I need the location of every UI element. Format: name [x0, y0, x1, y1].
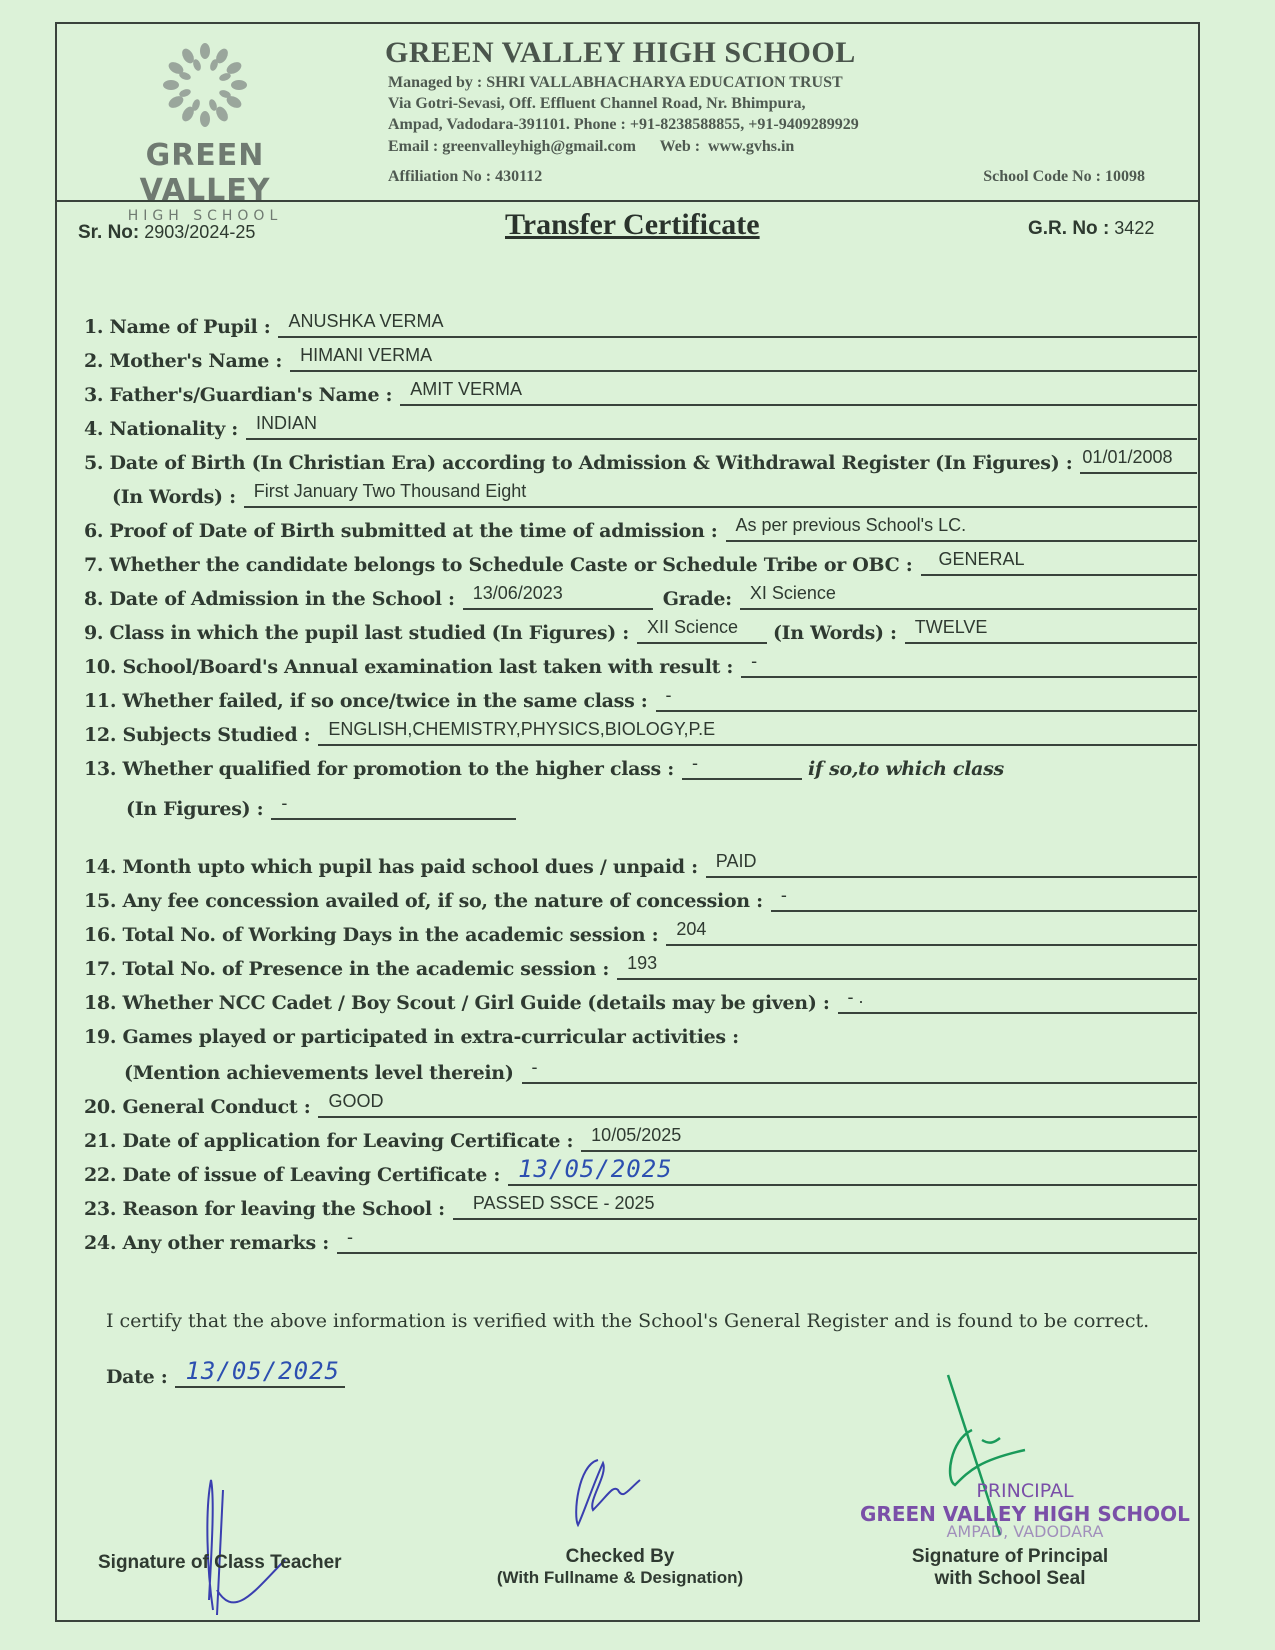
field-promotion-figures: (In Figures) :-: [126, 790, 516, 820]
field-failed: 11. Whether failed, if so once/twice in …: [84, 682, 1197, 712]
class-teacher-signature: [195, 1470, 295, 1620]
field-fee-concession: 15. Any fee concession availed of, if so…: [84, 882, 1197, 912]
field-father-name: 3. Father's/Guardian's Name :AMIT VERMA: [84, 376, 1197, 406]
field-nationality: 4. Nationality :INDIAN: [84, 410, 1197, 440]
field-last-class: 9. Class in which the pupil last studied…: [84, 614, 1197, 644]
field-presence: 17. Total No. of Presence in the academi…: [84, 950, 1197, 980]
field-conduct: 20. General Conduct :GOOD: [84, 1088, 1197, 1118]
field-achievements: (Mention achievements level therein)-: [124, 1054, 1197, 1084]
checker-signature: [568, 1455, 658, 1535]
certification-statement: I certify that the above information is …: [106, 1310, 1149, 1332]
logo-text: GREEN VALLEY: [75, 138, 335, 208]
letterhead: GREEN VALLEY HIGH SCHOOL GREEN VALLEY HI…: [55, 22, 1200, 202]
field-admission-date: 8. Date of Admission in the School : 13/…: [84, 580, 1197, 610]
field-category: 7. Whether the candidate belongs to Sche…: [84, 546, 1197, 576]
field-application-date: 21. Date of application for Leaving Cert…: [84, 1122, 1197, 1152]
field-mother-name: 2. Mother's Name :HIMANI VERMA: [84, 342, 1197, 372]
field-leaving-reason: 23. Reason for leaving the School :PASSE…: [84, 1190, 1197, 1220]
school-name: GREEN VALLEY HIGH SCHOOL: [385, 36, 856, 70]
checked-by-label: Checked By (With Fullname & Designation): [470, 1546, 770, 1588]
field-pupil-name: 1. Name of Pupil :ANUSHKA VERMA: [84, 308, 1197, 338]
flower-emblem-icon: [150, 40, 260, 130]
affiliation-number: Affiliation No : 430112: [388, 168, 542, 186]
address-line-1: Via Gotri-Sevasi, Off. Effluent Channel …: [388, 95, 806, 113]
class-teacher-signature-label: Signature of Class Teacher: [98, 1552, 342, 1574]
gr-number: G.R. No : 3422: [1028, 218, 1154, 240]
school-logo: GREEN VALLEY HIGH SCHOOL: [75, 40, 335, 224]
field-last-exam: 10. School/Board's Annual examination la…: [84, 648, 1197, 678]
field-remarks: 24. Any other remarks :-: [84, 1224, 1197, 1254]
field-dues: 14. Month upto which pupil has paid scho…: [84, 848, 1197, 878]
school-seal-stamp: PRINCIPAL GREEN VALLEY HIGH SCHOOL AMPAD…: [860, 1480, 1190, 1541]
address-line-2: Ampad, Vadodara-391101. Phone : +91-8238…: [388, 116, 859, 134]
serial-number: Sr. No: 2903/2024-25: [78, 222, 255, 244]
certificate-date: Date : 13/05/2025: [106, 1360, 345, 1388]
field-promotion: 13. Whether qualified for promotion to t…: [84, 750, 1197, 780]
field-ncc: 18. Whether NCC Cadet / Boy Scout / Girl…: [84, 984, 1197, 1014]
field-issue-date: 22. Date of issue of Leaving Certificate…: [84, 1156, 1197, 1186]
field-dob-words: (In Words) :First January Two Thousand E…: [112, 478, 1197, 508]
field-working-days: 16. Total No. of Working Days in the aca…: [84, 916, 1197, 946]
managed-by: Managed by : SHRI VALLABHACHARYA EDUCATI…: [388, 74, 843, 92]
field-games: 19. Games played or participated in extr…: [84, 1018, 1197, 1048]
field-dob-figures: 5. Date of Birth (In Christian Era) acco…: [84, 444, 1197, 474]
field-dob-proof: 6. Proof of Date of Birth submitted at t…: [84, 512, 1197, 542]
email-web: Email : greenvalleyhigh@gmail.com Web : …: [388, 138, 794, 156]
document-title: Transfer Certificate: [505, 208, 760, 242]
field-subjects: 12. Subjects Studied :ENGLISH,CHEMISTRY,…: [84, 716, 1197, 746]
principal-signature-label: Signature of Principal with School Seal: [890, 1546, 1130, 1590]
school-code: School Code No : 10098: [983, 168, 1145, 186]
